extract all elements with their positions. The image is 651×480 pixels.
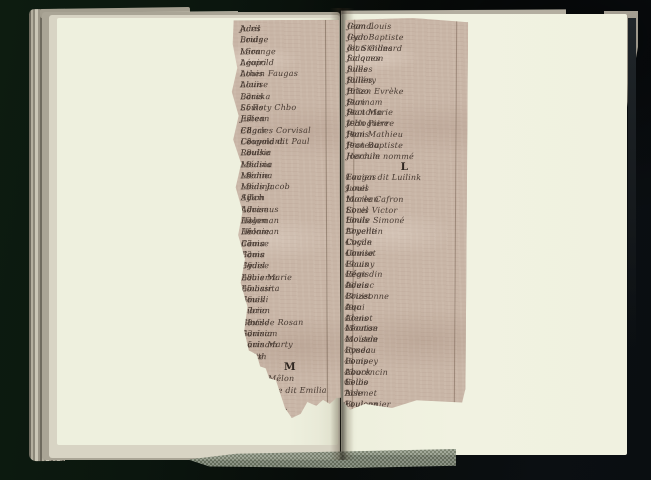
register-row: LouisJunel9 — [346, 184, 463, 196]
book-cover-edge — [628, 18, 636, 348]
register-row: Lucien dit LuilinkFaugas8 — [346, 173, 463, 185]
register-row: LouisCama43 — [241, 249, 338, 261]
surname: dit Simonard — [347, 43, 402, 54]
surname: Mirange — [240, 46, 276, 57]
register-row: LéonieMédina8 — [241, 170, 338, 182]
page-number: 8 — [241, 170, 252, 181]
page-number: 9 — [241, 181, 252, 192]
register-row: LouiseClotilde Rosan49 — [242, 316, 339, 328]
page-number: 16 — [345, 216, 354, 227]
page-number: 19 — [346, 119, 355, 130]
register-row: LéonMirange — [240, 45, 337, 57]
page-number: 47 — [344, 292, 353, 303]
page-number: 10 — [241, 204, 252, 215]
surname: Acril — [240, 23, 260, 34]
register-row: LouisSt Roty Chbo5 — [240, 102, 337, 114]
register-row: LucAqui49 — [345, 302, 462, 314]
page-number: 49 — [344, 302, 353, 313]
surname: Cydo — [347, 32, 368, 43]
register-row: LouisBaraka3 — [240, 91, 337, 103]
page-number: 3 — [240, 91, 251, 102]
surname: Camal — [347, 22, 374, 33]
register-row: JulesSulles — [347, 65, 464, 77]
page-number: 43 — [345, 238, 354, 249]
page-number: 5 — [240, 102, 251, 113]
surname: Aguiri — [240, 57, 266, 68]
page-number: 9 — [241, 147, 252, 158]
page-number: 8 — [241, 125, 252, 136]
page-number: 49 — [241, 272, 252, 283]
register-row: LioïseleMouton48 — [345, 335, 462, 347]
page-number: 45 — [345, 270, 354, 281]
register-row: JulienEstean5 — [240, 113, 337, 125]
register-row: LouiseCydel46 — [241, 260, 338, 272]
page-number: 46 — [345, 248, 354, 259]
page-number: 19 — [345, 140, 354, 151]
register-row: LucienFibrio47 — [241, 305, 338, 317]
register-row: LyndaRoseau40 — [345, 346, 462, 358]
register-row: LouisiaSurinam43 — [242, 328, 339, 340]
register-row: LoyelleArpentin17 — [346, 227, 463, 239]
register-row: LouisAthen Faugas — [240, 68, 337, 80]
page-number: 13 — [345, 205, 354, 216]
register-row: LéopoldAguiri — [240, 57, 337, 69]
page-number: 45 — [344, 324, 353, 335]
register-row: LouiseAlain — [240, 79, 337, 91]
page-number: 17 — [241, 238, 252, 249]
page-number: 5 — [240, 114, 251, 125]
page-number: 45 — [344, 367, 353, 378]
page-number: 46 — [344, 356, 353, 367]
register-row: LouiseCamiot46 — [346, 248, 463, 260]
register-row: LouisPompey46 — [345, 356, 462, 368]
page-number: 16 — [241, 227, 252, 238]
register-row: Jean MarieSactorin18 — [347, 108, 464, 120]
register-row: LouisiaRoulke9 — [241, 147, 338, 159]
page-number: 15 — [346, 86, 355, 97]
surname: Salomon — [347, 54, 384, 65]
register-row: LouisiaMédina9 — [241, 158, 338, 170]
page-number: 18 — [345, 130, 354, 141]
page-number: 18 — [346, 108, 355, 119]
register-row: Louis MartySurinam45 — [242, 339, 339, 351]
register-row: LouiseCama17 — [241, 237, 338, 249]
register-row: JulesAcril — [240, 23, 337, 35]
page-number: 65 — [344, 378, 353, 389]
page-number: 49 — [345, 259, 354, 270]
register-row: LouisSelbo65 — [345, 378, 462, 390]
surname: Bridge — [240, 34, 269, 45]
register-row: EdgarCharles Corvisal8 — [241, 124, 338, 136]
archival-book-scan: JulesAcrilLouisBridgeLéonMirangeLéopoldA… — [0, 0, 651, 480]
register-row: Louis JacobMédina9 — [241, 181, 338, 193]
register-row: LouisEmelli46 — [241, 294, 338, 306]
page-number: 17 — [345, 227, 354, 238]
register-row: JeanSurinam17 — [347, 97, 464, 109]
register-row: Louis MarieLabierre49 — [241, 271, 338, 283]
page-number: 48 — [344, 335, 353, 346]
register-row: Lucile CafronMoreau10 — [346, 194, 463, 206]
register-row: Jean Pierrea Hoguire19 — [347, 119, 464, 131]
surname: Hercule — [346, 151, 380, 162]
register-row: LouisBridge — [240, 34, 337, 46]
register-row: Julien EvrèkeBrizo15 — [347, 86, 464, 98]
register-row: Léopold dit PaulCouymant8 — [241, 136, 338, 148]
section-letter: L — [346, 162, 463, 174]
page-number: 46 — [345, 281, 354, 292]
register-row: LouisAlenot43 — [345, 313, 462, 325]
register-row: SylchAdam9 — [241, 192, 338, 204]
register-row: Jean LouisCamal — [347, 22, 464, 34]
page-number: 13 — [241, 215, 252, 226]
page-number: 8 — [345, 173, 350, 184]
register-row: Louis VictorSorel13 — [346, 205, 463, 217]
register-row: LucileCoyan43 — [346, 238, 463, 250]
register-row: JuliénySulles13 — [347, 76, 464, 88]
right-index-fragment: Jean LouisCamalJean BaptisteCydoJean Gil… — [343, 18, 468, 411]
surname: Alain — [240, 80, 262, 91]
register-row: Jean BaptisteCydo — [347, 32, 464, 44]
register-row: Jean Gillesdit Simonard — [347, 43, 464, 55]
page-number: 40 — [344, 346, 353, 357]
page-number: 8 — [241, 136, 252, 147]
page-number: 17 — [346, 97, 355, 108]
register-row: LouisonneBrizet47 — [345, 292, 462, 304]
register-row: Jean BaptisteProteau19 — [346, 140, 463, 152]
register-row: LéoniseMouton45 — [345, 324, 462, 336]
page-number: 9 — [345, 184, 350, 195]
surname: Athen Faugas — [240, 68, 298, 80]
page-number: 10 — [345, 194, 354, 205]
register-row: LéonRégisdin45 — [346, 270, 463, 282]
page-number: 9 — [241, 193, 252, 204]
register-row: LaurencinAbock45 — [345, 367, 462, 379]
register-row: LouisEmile Simoné16 — [346, 216, 463, 228]
page-number: 9 — [241, 159, 252, 170]
register-row: LiseAchmet76 — [345, 389, 462, 401]
surname: Sulles — [347, 65, 373, 76]
register-row: LugenHoloman13 — [241, 215, 338, 227]
register-row: LéonieHoloman16 — [241, 226, 338, 238]
register-row: LouissitaLiobair45 — [241, 283, 338, 295]
register-row: LouiseAdramus10 — [241, 203, 338, 215]
right-fragment-rows: Jean LouisCamalJean BaptisteCydoJean Gil… — [345, 22, 464, 411]
page-number: 76 — [344, 389, 353, 400]
page-number: 43 — [344, 313, 353, 324]
surname: Faugas — [346, 173, 376, 184]
register-row: LouisAdeiac46 — [346, 281, 463, 293]
register-row: Jean MathieuPanis18 — [346, 130, 463, 142]
surname: Emile Simoné — [346, 216, 405, 227]
register-row: LouisFlauny49 — [346, 259, 463, 271]
register-row: JacquesSalomon — [347, 54, 464, 66]
page-number: 13 — [346, 76, 355, 87]
